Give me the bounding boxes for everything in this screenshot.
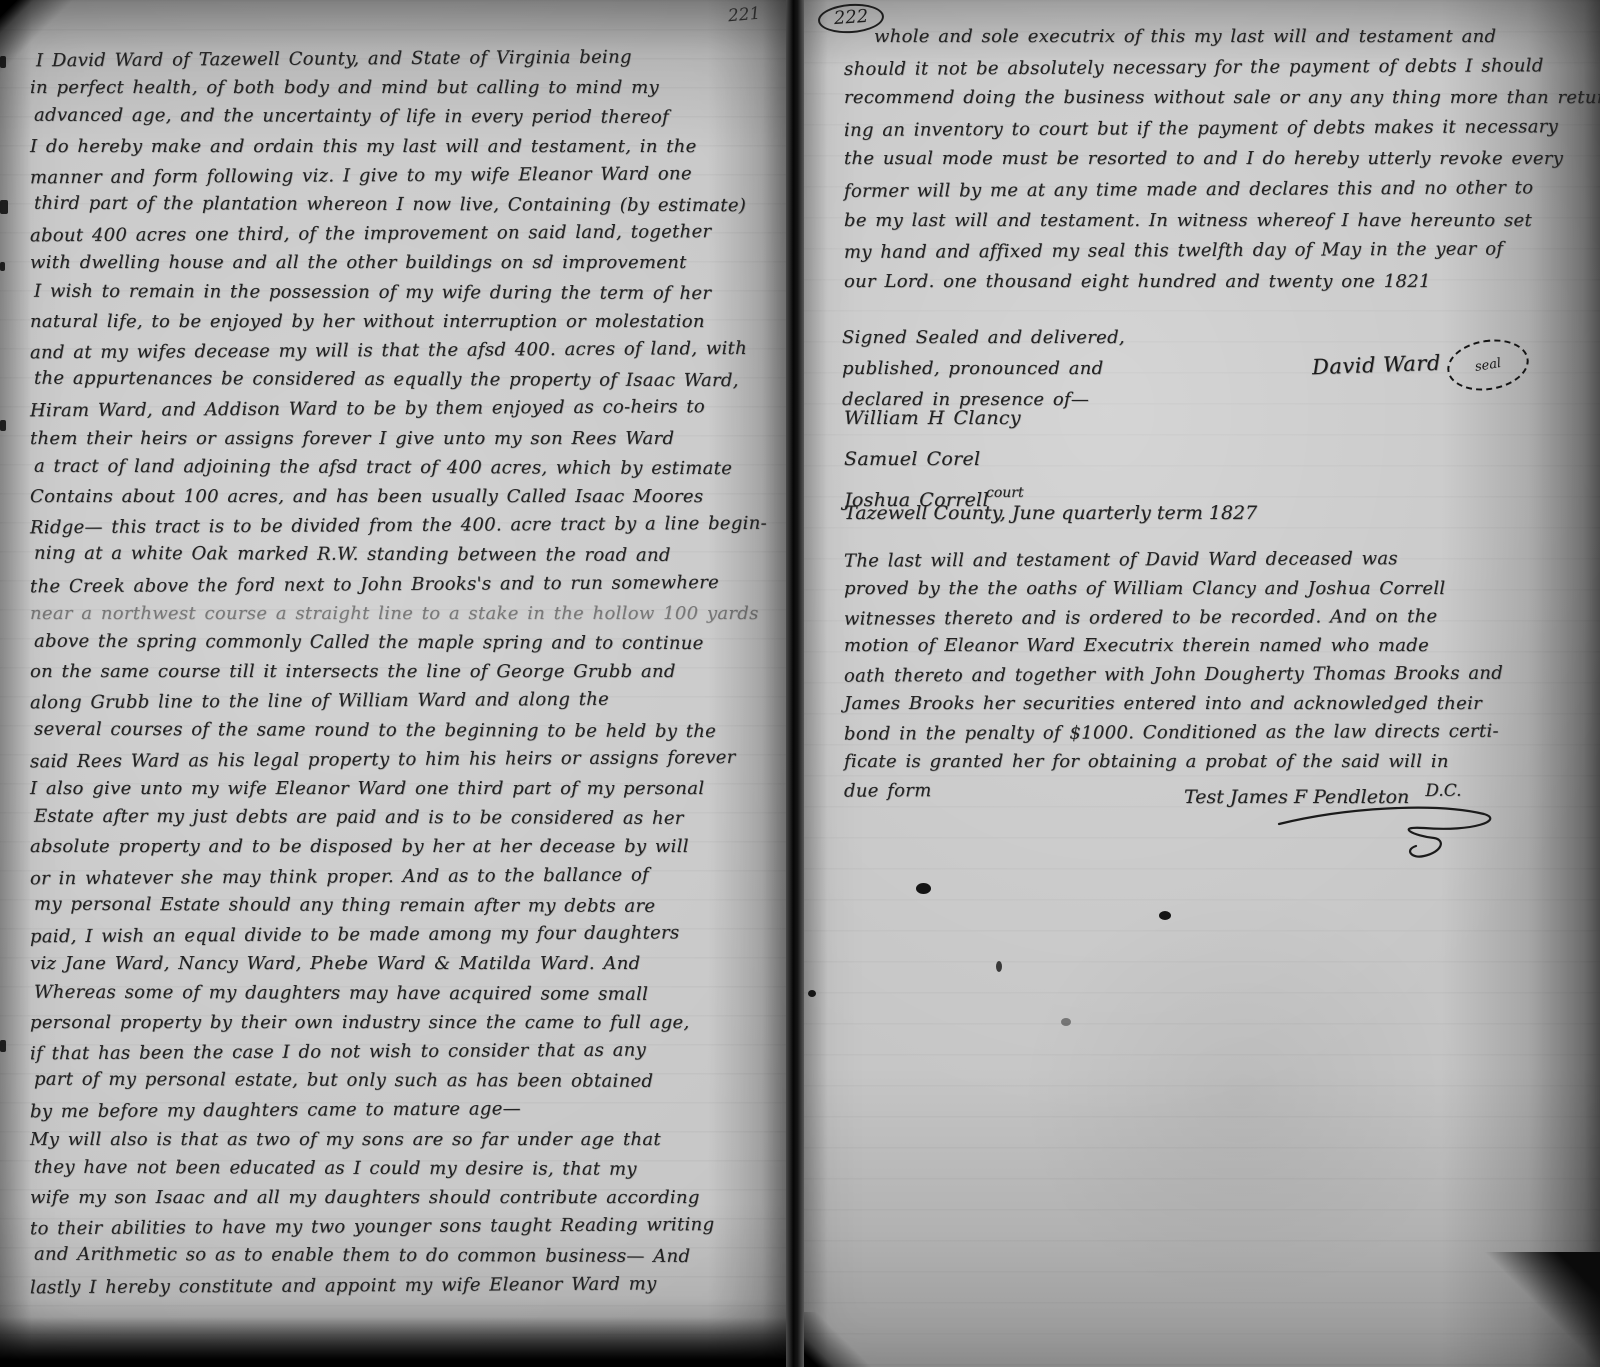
manuscript-line: my personal Estate should any thing rema… [34,890,786,922]
page-number-left: 221 [727,4,761,27]
court-term-text: Tazewell County, June quarterly term 182… [844,502,1257,524]
scan-edge-mark [0,420,6,431]
signature-flourish [1274,806,1504,866]
ink-spot [1159,911,1171,920]
clerk-test-text: Test James F Pendleton [1184,786,1409,808]
manuscript-line: ing an inventory to court but if the pay… [844,112,1584,146]
signature-block: David Ward seal [1312,340,1529,390]
manuscript-line: bond in the penalty of $1000. Conditione… [844,717,1584,749]
clerk-initials: D.C. [1425,781,1461,801]
scan-edge-mark [0,200,8,214]
manuscript-line: Ridge— this tract is to be divided from … [30,509,782,543]
court-insert-word: court [986,485,1024,501]
manuscript-line: former will by me at any time made and d… [844,173,1584,207]
manuscript-line: several courses of the same round to the… [34,714,786,746]
manuscript-line: proved by the the oaths of William Clanc… [844,575,1584,604]
scan-edge-mark [0,56,6,68]
manuscript-line: lastly I hereby constitute and appoint m… [30,1268,782,1302]
manuscript-line: my hand and affixed my seal this twelfth… [844,234,1584,268]
manuscript-line: ning at a white Oak marked R.W. standing… [34,539,786,571]
court-term-line: court Tazewell County, June quarterly te… [844,502,1257,524]
scan-corner-shadow [804,1312,874,1367]
witness-signature: William H Clancy [844,398,1021,439]
manuscript-line: manner and form following viz. I give to… [30,159,782,193]
manuscript-line: James Brooks her securities entered into… [844,690,1584,719]
manuscript-line: or in whatever she may think proper. And… [30,859,782,893]
manuscript-line: should it not be absolutely necessary fo… [844,51,1584,85]
page-left: 221 I David Ward of Tazewell County, and… [0,0,786,1367]
manuscript-line: by me before my daughters came to mature… [30,1093,782,1127]
manuscript-line: and at my wifes decease my will is that … [30,334,782,368]
manuscript-line: Estate after my just debts are paid and … [34,802,786,834]
manuscript-line: wife my son Isaac and all my daughters s… [30,1183,782,1212]
manuscript-line: advanced age, and the uncertainty of lif… [34,101,786,133]
manuscript-line: if that has been the case I do not wish … [30,1035,782,1069]
manuscript-line: the appurtenances be considered as equal… [34,364,786,396]
manuscript-line: above the spring commonly Called the map… [34,627,786,659]
manuscript-line: I wish to remain in the possession of my… [34,276,786,308]
manuscript-line: about 400 acres one third, of the improv… [30,217,782,251]
manuscript-line: in perfect health, of both body and mind… [30,73,782,102]
right-page-text: whole and sole executrix of this my last… [844,22,1584,297]
manuscript-line: on the same course till it intersects th… [30,657,782,686]
manuscript-line: Whereas some of my daughters may have ac… [34,977,786,1009]
ink-spot [808,990,816,997]
manuscript-line: paid, I wish an equal divide to be made … [30,918,782,952]
manuscript-line: part of my personal estate, but only suc… [34,1065,786,1097]
manuscript-line: the usual mode must be resorted to and I… [844,144,1584,175]
manuscript-line: motion of Eleanor Ward Executrix therein… [844,632,1584,661]
scan-corner-shadow [1480,1252,1600,1367]
manuscript-line: and Arithmetic so as to enable them to d… [34,1240,786,1272]
ink-spot [996,961,1002,972]
manuscript-line: with dwelling house and all the other bu… [30,248,782,277]
manuscript-line: to their abilities to have my two younge… [30,1210,782,1244]
witness-signature: Samuel Corel [844,439,1021,480]
manuscript-line: said Rees Ward as his legal property to … [30,743,782,777]
scan-edge-mark [0,262,5,271]
manuscript-line: a tract of land adjoining the afsd tract… [34,452,786,484]
book-gutter [786,0,804,1367]
manuscript-line: oath thereto and together with John Doug… [844,660,1584,692]
clerk-attestation: Test James F Pendleton D.C. [1184,786,1462,808]
manuscript-line: Contains about 100 acres, and has been u… [30,482,782,511]
manuscript-line: I also give unto my wife Eleanor Ward on… [30,774,782,803]
seal-stamp: seal [1443,334,1532,396]
document-scan: 221 I David Ward of Tazewell County, and… [0,0,1600,1367]
scan-edge-mark [0,1040,6,1052]
manuscript-line: whole and sole executrix of this my last… [874,22,1584,53]
ink-spot [916,883,931,894]
manuscript-line: personal property by their own industry … [30,1008,782,1037]
manuscript-line: the Creek above the ford next to John Br… [30,567,782,601]
manuscript-line: Hiram Ward, and Addison Ward to be by th… [30,392,782,426]
manuscript-line: ficate is granted her for obtaining a pr… [844,748,1584,777]
seal-label: seal [1474,356,1502,375]
probate-paragraph: The last will and testament of David War… [844,546,1584,805]
manuscript-line: viz Jane Ward, Nancy Ward, Phebe Ward & … [30,949,782,978]
page-right: 222 whole and sole executrix of this my … [804,0,1600,1367]
manuscript-line: near a northwest course a straight line … [30,599,782,628]
manuscript-line: third part of the plantation whereon I n… [34,189,786,221]
manuscript-line: our Lord. one thousand eight hundred and… [844,267,1584,298]
manuscript-line: I David Ward of Tazewell County, and Sta… [36,42,782,76]
manuscript-line: them their heirs or assigns forever I gi… [30,424,782,453]
manuscript-line: they have not been educated as I could m… [34,1152,786,1184]
manuscript-line: The last will and testament of David War… [844,544,1584,576]
manuscript-line: witnesses thereto and is ordered to be r… [844,602,1584,634]
manuscript-line: I do hereby make and ordain this my last… [30,132,782,161]
ink-spot [1061,1018,1071,1026]
manuscript-line: My will also is that as two of my sons a… [30,1125,782,1154]
scan-corner-shadow [0,0,80,100]
manuscript-line: natural life, to be enjoyed by her witho… [30,307,782,336]
manuscript-line: absolute property and to be disposed by … [30,832,782,861]
manuscript-line: along Grubb line to the line of William … [30,684,782,718]
manuscript-line: be my last will and testament. In witnes… [844,206,1584,237]
manuscript-line: recommend doing the business without sal… [844,83,1584,114]
left-page-text: I David Ward of Tazewell County, and Sta… [30,44,782,1300]
testator-signature: David Ward [1312,351,1442,379]
scan-bottom-shadow [0,1317,786,1367]
